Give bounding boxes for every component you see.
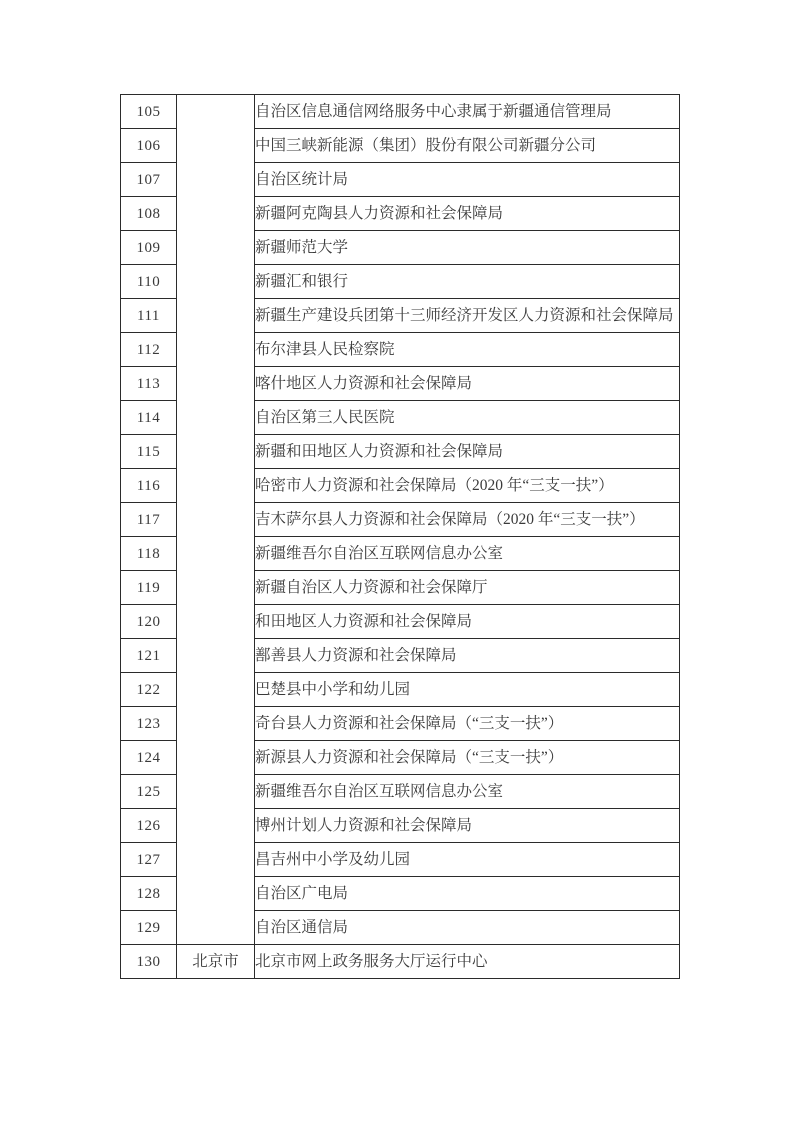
document-page: 105 自治区信息通信网络服务中心隶属于新疆通信管理局 106 中国三峡新能源（… (0, 0, 793, 1122)
row-number-cell: 129 (121, 911, 177, 945)
org-table: 105 自治区信息通信网络服务中心隶属于新疆通信管理局 106 中国三峡新能源（… (120, 94, 680, 979)
org-name-cell: 北京市网上政务服务大厅运行中心 (255, 945, 680, 979)
row-number-cell: 117 (121, 503, 177, 537)
row-number-cell: 124 (121, 741, 177, 775)
row-number-cell: 106 (121, 129, 177, 163)
org-name-cell: 和田地区人力资源和社会保障局 (255, 605, 680, 639)
row-number-cell: 116 (121, 469, 177, 503)
row-number-cell: 115 (121, 435, 177, 469)
region-cell (177, 95, 255, 945)
row-number-cell: 121 (121, 639, 177, 673)
row-number-cell: 127 (121, 843, 177, 877)
row-number-cell: 105 (121, 95, 177, 129)
org-name-cell: 自治区统计局 (255, 163, 680, 197)
org-name-cell: 新疆自治区人力资源和社会保障厅 (255, 571, 680, 605)
org-name-cell: 哈密市人力资源和社会保障局（2020 年“三支一扶”） (255, 469, 680, 503)
row-number-cell: 113 (121, 367, 177, 401)
row-number-cell: 109 (121, 231, 177, 265)
table-row: 105 自治区信息通信网络服务中心隶属于新疆通信管理局 (121, 95, 680, 129)
org-name-cell: 巴楚县中小学和幼儿园 (255, 673, 680, 707)
row-number-cell: 130 (121, 945, 177, 979)
row-number-cell: 126 (121, 809, 177, 843)
region-cell: 北京市 (177, 945, 255, 979)
row-number-cell: 123 (121, 707, 177, 741)
org-name-cell: 新疆维吾尔自治区互联网信息办公室 (255, 775, 680, 809)
row-number-cell: 107 (121, 163, 177, 197)
org-name-cell: 新疆维吾尔自治区互联网信息办公室 (255, 537, 680, 571)
org-name-cell: 自治区信息通信网络服务中心隶属于新疆通信管理局 (255, 95, 680, 129)
table-row: 130 北京市 北京市网上政务服务大厅运行中心 (121, 945, 680, 979)
org-name-cell: 布尔津县人民检察院 (255, 333, 680, 367)
row-number-cell: 122 (121, 673, 177, 707)
row-number-cell: 114 (121, 401, 177, 435)
org-name-cell: 吉木萨尔县人力资源和社会保障局（2020 年“三支一扶”） (255, 503, 680, 537)
org-name-cell: 自治区通信局 (255, 911, 680, 945)
org-name-cell: 昌吉州中小学及幼儿园 (255, 843, 680, 877)
org-name-cell: 自治区第三人民医院 (255, 401, 680, 435)
row-number-cell: 120 (121, 605, 177, 639)
row-number-cell: 128 (121, 877, 177, 911)
org-name-cell: 新疆阿克陶县人力资源和社会保障局 (255, 197, 680, 231)
row-number-cell: 110 (121, 265, 177, 299)
org-name-cell: 奇台县人力资源和社会保障局（“三支一扶”） (255, 707, 680, 741)
org-name-cell: 新疆汇和银行 (255, 265, 680, 299)
org-name-cell: 鄯善县人力资源和社会保障局 (255, 639, 680, 673)
org-name-cell: 新疆和田地区人力资源和社会保障局 (255, 435, 680, 469)
row-number-cell: 118 (121, 537, 177, 571)
org-name-cell: 新疆师范大学 (255, 231, 680, 265)
org-name-cell: 喀什地区人力资源和社会保障局 (255, 367, 680, 401)
org-name-cell: 自治区广电局 (255, 877, 680, 911)
org-name-cell: 新源县人力资源和社会保障局（“三支一扶”） (255, 741, 680, 775)
row-number-cell: 119 (121, 571, 177, 605)
row-number-cell: 111 (121, 299, 177, 333)
row-number-cell: 108 (121, 197, 177, 231)
org-name-cell: 新疆生产建设兵团第十三师经济开发区人力资源和社会保障局 (255, 299, 680, 333)
row-number-cell: 112 (121, 333, 177, 367)
org-name-cell: 中国三峡新能源（集团）股份有限公司新疆分公司 (255, 129, 680, 163)
org-table-body: 105 自治区信息通信网络服务中心隶属于新疆通信管理局 106 中国三峡新能源（… (121, 95, 680, 979)
org-name-cell: 博州计划人力资源和社会保障局 (255, 809, 680, 843)
row-number-cell: 125 (121, 775, 177, 809)
